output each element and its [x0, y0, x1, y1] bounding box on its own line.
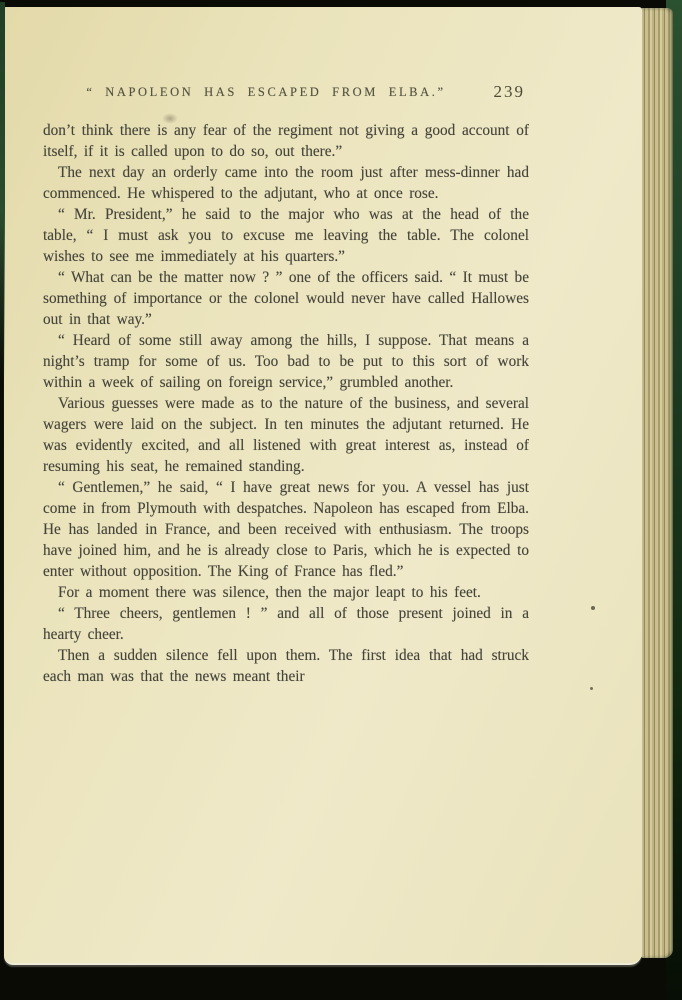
running-title: “ NAPOLEON HAS ESCAPED FROM ELBA.” [43, 85, 529, 100]
scan-smudge [162, 113, 178, 124]
paragraph: Then a sudden silence fell upon them. Th… [43, 645, 529, 687]
page-header: “ NAPOLEON HAS ESCAPED FROM ELBA.” 239 [43, 85, 529, 105]
paragraph: “ Three cheers, gentlemen ! ” and all of… [43, 603, 529, 645]
paragraph: “ Mr. President,” he said to the major w… [43, 204, 529, 267]
paragraph: “ What can be the matter now ? ” one of … [43, 267, 529, 330]
paragraph: Various guesses were made as to the natu… [43, 393, 529, 477]
paragraph: “ Heard of some still away among the hil… [43, 330, 529, 393]
book-cover-edge-left [0, 2, 5, 382]
paragraph: For a moment there was silence, then the… [43, 582, 529, 603]
book-page: “ NAPOLEON HAS ESCAPED FROM ELBA.” 239 d… [4, 7, 642, 965]
page-fore-edge-stack [640, 8, 673, 958]
body-text-column: don’t think there is any fear of the reg… [43, 120, 529, 687]
scanned-book-photo: “ NAPOLEON HAS ESCAPED FROM ELBA.” 239 d… [0, 0, 682, 1000]
paragraph: The next day an orderly came into the ro… [43, 162, 529, 204]
ink-speck [590, 687, 593, 690]
paragraph: “ Gentlemen,” he said, “ I have great ne… [43, 477, 529, 582]
paragraph: don’t think there is any fear of the reg… [43, 120, 529, 162]
page-number: 239 [494, 82, 526, 102]
ink-speck [591, 606, 595, 610]
